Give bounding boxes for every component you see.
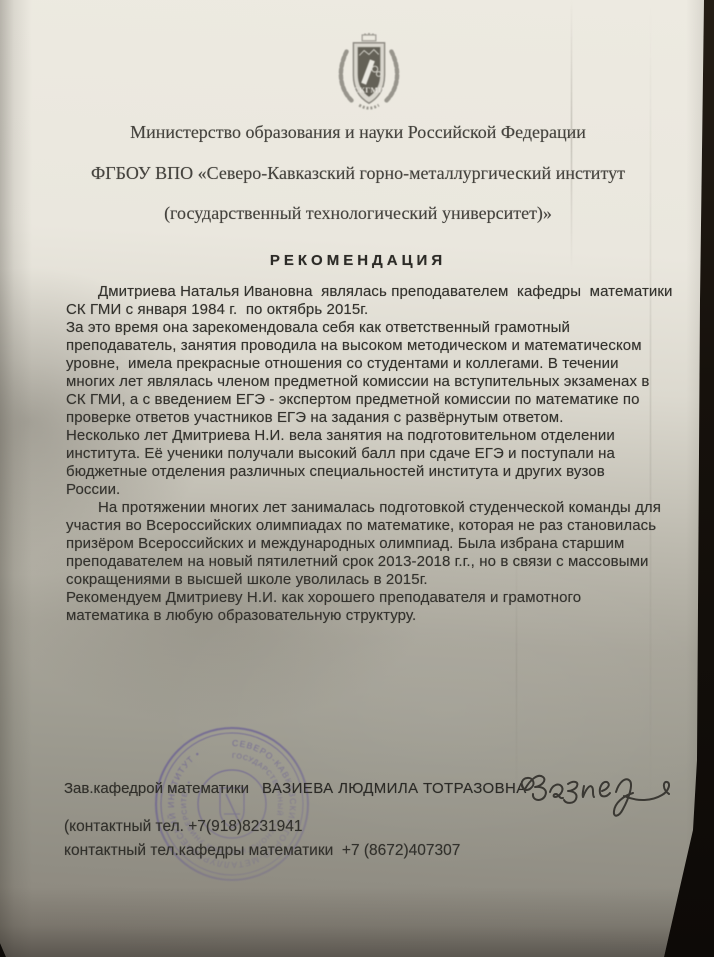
- body-line: Дмитриева Наталья Ивановна являлась преп…: [66, 283, 666, 301]
- body-line: На протяжении многих лет занималась подг…: [66, 499, 666, 517]
- letter-body: Дмитриева Наталья Ивановна являлась преп…: [66, 283, 666, 625]
- contact-phone-department: контактный тел.кафедры математики +7 (86…: [64, 842, 460, 860]
- body-line: института. Её ученики получали высокий б…: [66, 445, 666, 463]
- header-institute-line2: (государственный технологический универс…: [8, 203, 708, 224]
- body-line: уровне, имела прекрасные отношения со ст…: [66, 355, 666, 373]
- body-line: бюджетные отделения различных специально…: [66, 463, 666, 481]
- institute-crest-icon: СКГМИ: [330, 32, 408, 114]
- body-line: СК ГМИ, а с введением ЕГЭ - экспертом пр…: [66, 391, 666, 409]
- body-line: математика в любую образовательную струк…: [66, 607, 666, 625]
- body-line: За это время она зарекомендовала себя ка…: [66, 319, 666, 337]
- svg-text:ГОСУДАРСТВЕННЫЙ ТЕХНОЛОГИЧЕСКИ: ГОСУДАРСТВЕННЫЙ ТЕХНОЛОГИЧЕСКИЙ УНИВЕРСИ…: [181, 753, 285, 855]
- header-institute-line1: ФГБОУ ВПО «Северо-Кавказский горно-метал…: [8, 163, 708, 184]
- body-line: преподавателем на новый пятилетний срок …: [66, 553, 666, 571]
- document-page: СКГМИ Министерство образования и науки Р…: [0, 0, 714, 957]
- signatory-name: ВАЗИЕВА ЛЮДМИЛА ТОТРАЗОВНА: [262, 780, 527, 797]
- stamp-ring-text-inner: ГОСУДАРСТВЕННЫЙ ТЕХНОЛОГИЧЕСКИЙ УНИВЕРСИ…: [181, 753, 285, 855]
- body-line: преподаватель, занятия проводила на высо…: [66, 337, 666, 355]
- contact-phone-personal: (контактный тел. +7(918)8231941: [64, 818, 302, 836]
- header-ministry: Министерство образования и науки Российс…: [8, 122, 708, 143]
- signatory-position: Зав.кафедрой математики: [64, 780, 249, 797]
- body-line: участия во Всероссийских олимпиадах по м…: [66, 517, 666, 535]
- body-line: проверке ответов участников ЕГЭ на задан…: [66, 409, 666, 427]
- photo-scene: СКГМИ Министерство образования и науки Р…: [0, 0, 714, 957]
- body-line: России.: [66, 481, 666, 499]
- crest-acronym: СКГМИ: [353, 86, 385, 95]
- ink-stamp-icon: СЕВЕРО-КАВКАЗСКИЙ ГОРНО-МЕТАЛЛУРГИЧЕСКИЙ…: [150, 722, 314, 886]
- photo-shadow: [0, 887, 714, 957]
- handwritten-signature: [512, 748, 677, 828]
- body-line: Рекомендуем Дмитриеву Н.И. как хорошего …: [66, 589, 666, 607]
- body-line: многих лет являлась членом предметной ко…: [66, 373, 666, 391]
- body-line: сокращениями в высшей школе уволилась в …: [66, 571, 666, 589]
- document-title: РЕКОМЕНДАЦИЯ: [8, 252, 708, 269]
- body-line: СК ГМИ с января 1984 г. по октябрь 2015г…: [66, 301, 666, 319]
- body-line: Несколько лет Дмитриева Н.И. вела заняти…: [66, 427, 666, 445]
- body-line: призёром Всероссийских и международных о…: [66, 535, 666, 553]
